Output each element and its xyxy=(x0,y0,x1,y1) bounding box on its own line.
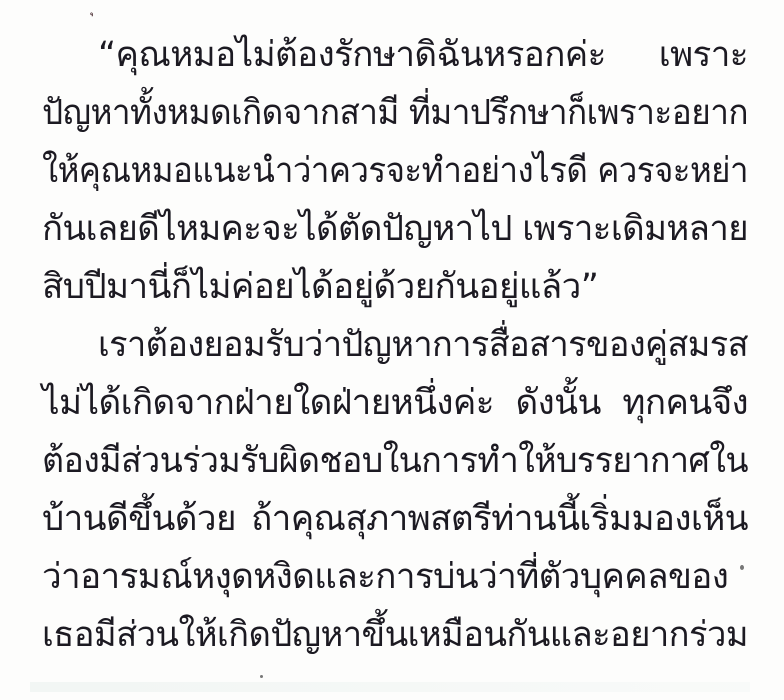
text-line: ว่าอารมณ์หงุดหงิดและการบ่นว่าที่ตัวบุคคล… xyxy=(42,548,748,606)
text-line: ต้องมีส่วนร่วมรับผิดชอบในการทำให้บรรยากา… xyxy=(42,432,748,490)
text-line: ปัญหาทั้งหมดเกิดจากสามี ที่มาปรึกษาก็เพร… xyxy=(42,84,748,142)
scanned-page: ุ “คุณหมอไม่ต้องรักษาดิฉันหรอกค่ะ เพราะ … xyxy=(0,0,784,700)
text-line: เธอมีส่วนให้เกิดปัญหาขึ้นเหมือนกันและอยา… xyxy=(42,606,748,664)
text-line: เราต้องยอมรับว่าปัญหาการสื่อสารของคู่สมร… xyxy=(98,316,748,374)
text-line: “คุณหมอไม่ต้องรักษาดิฉันหรอกค่ะ เพราะ xyxy=(98,26,748,84)
text-line: ให้คุณหมอแนะนำว่าควรจะทำอย่างไรดี ควรจะห… xyxy=(42,142,748,200)
faded-next-line xyxy=(30,682,750,692)
text-line: บ้านดีขึ้นด้วย ถ้าคุณสุภาพสตรีท่านนี้เริ… xyxy=(42,490,748,548)
scan-speck xyxy=(740,565,744,570)
text-line: สิบปีมานี่ก็ไม่ค่อยได้อยู่ด้วยกันอยู่แล้… xyxy=(42,258,748,316)
scan-speck xyxy=(260,675,263,678)
text-line: ไม่ได้เกิดจากฝ่ายใดฝ่ายหนึ่งค่ะ ดังนั้น … xyxy=(42,374,748,432)
text-line: กันเลยดีไหมคะจะได้ตัดปัญหาไป เพราะเดิมหล… xyxy=(42,200,748,258)
